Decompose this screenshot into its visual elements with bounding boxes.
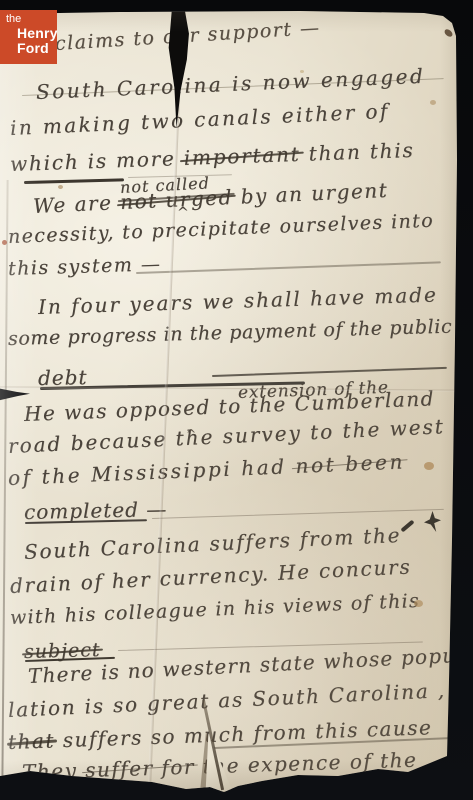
ink-rule: [136, 261, 441, 273]
handwriting-segment: the expence of the: [194, 748, 417, 779]
foxing-spot: [443, 28, 454, 38]
handwritten-line: South Carolina is now engaged: [35, 64, 425, 104]
foxing-spot: [58, 185, 63, 189]
photograph-frame: claims to our support — South Carolina i…: [0, 0, 473, 800]
henry-ford-logo: the Henry Ford: [0, 10, 57, 64]
handwritten-line: of the Mississippi had not been: [7, 449, 405, 490]
foxing-spot: [414, 600, 423, 607]
handwritten-line: which is more important than this: [10, 138, 415, 176]
handwritten-line: with his colleague in his views of this: [10, 590, 421, 629]
struck-words: suffer for: [85, 755, 195, 782]
handwritten-line: In four years we shall have made: [38, 282, 439, 319]
handwriting-segment: by an urgent: [232, 178, 388, 209]
ink-blot: [400, 520, 414, 533]
handwriting-segment: We are: [32, 190, 120, 218]
handwriting-segment: in making two canals either of: [9, 99, 390, 140]
ink-rule: [212, 367, 447, 377]
handwritten-line: We are not urged by an urgent: [32, 178, 388, 218]
handwritten-line: some progress in the payment of the publ…: [8, 316, 453, 350]
logo-henry: Henry: [17, 25, 58, 41]
ink-rule: [152, 509, 444, 519]
handwritten-line: this system —: [8, 253, 162, 280]
handwriting-segment: They: [22, 758, 86, 784]
handwritten-line: in making two canals either of: [9, 99, 390, 140]
foxing-spot: [450, 658, 458, 669]
ink-rule: [24, 178, 124, 183]
logo-ford: Ford: [17, 40, 49, 56]
struck-word: important: [183, 142, 301, 170]
logo-the: the: [6, 13, 21, 25]
foxing-spot: [430, 100, 436, 105]
foxing-spot: [2, 240, 7, 245]
struck-words: not been: [295, 449, 405, 478]
ink-blot: [424, 511, 441, 532]
manuscript-page: claims to our support — South Carolina i…: [0, 0, 473, 800]
struck-word: that: [8, 728, 56, 754]
foxing-spot: [300, 70, 304, 73]
foxing-spot: [424, 462, 434, 470]
handwriting-segment: which is more: [10, 146, 185, 176]
handwriting-segment: than this: [300, 138, 415, 166]
handwriting-segment: of the Mississippi had: [7, 454, 296, 490]
